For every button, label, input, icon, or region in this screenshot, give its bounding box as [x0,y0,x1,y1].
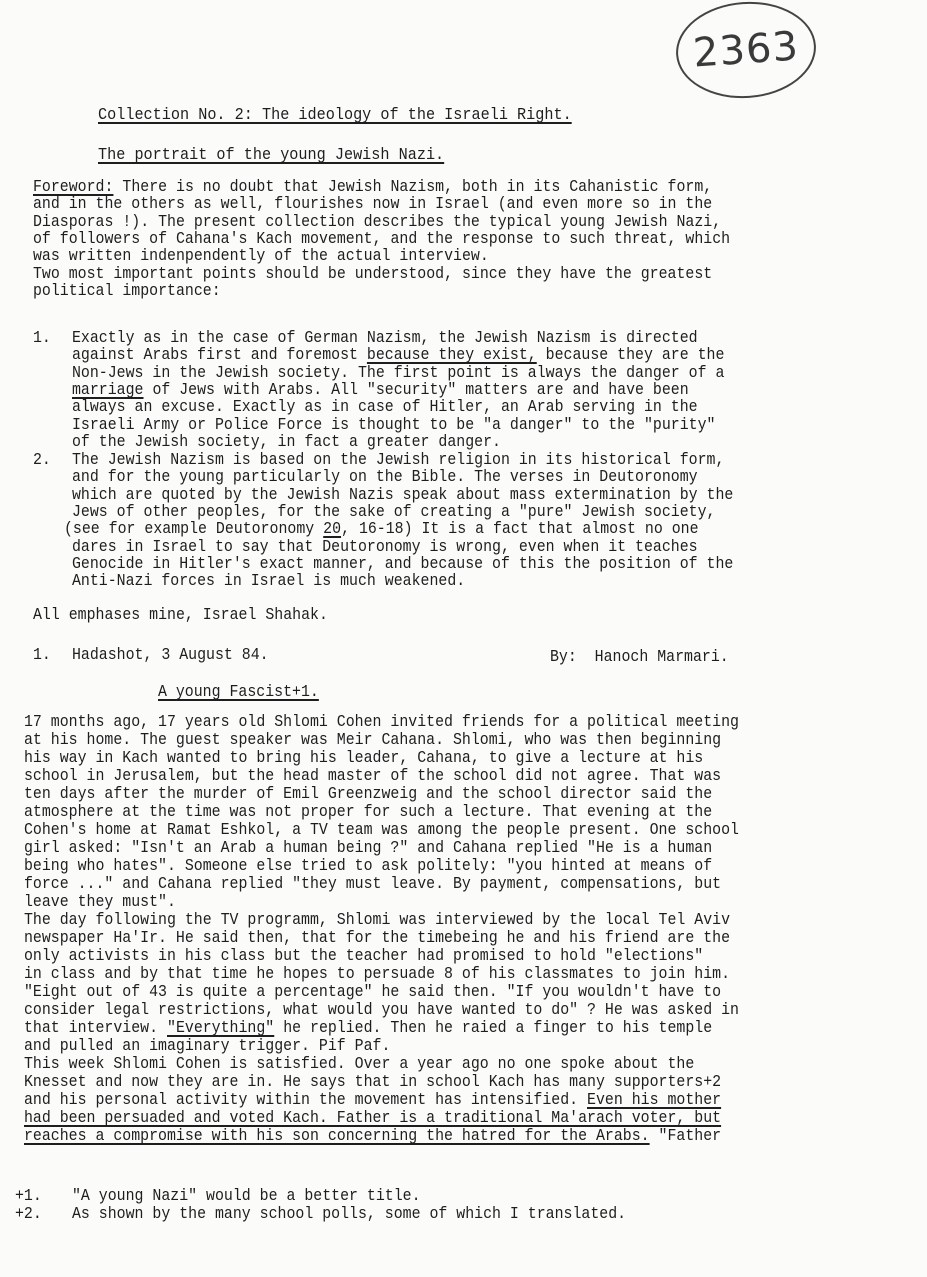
body-line: atmosphere at the time was not proper fo… [24,804,712,821]
body-line: newspaper Ha'Ir. He said then, that for … [24,930,730,947]
body-line: had been persuaded and voted Kach. Fathe… [24,1110,721,1127]
body-line: 17 months ago, 17 years old Shlomi Cohen… [24,714,739,731]
body-line: leave they must". [24,894,176,911]
footnote-text: As shown by the many school polls, some … [72,1206,626,1223]
collection-title: Collection No. 2: The ideology of the Is… [98,106,572,123]
point-line: against Arabs first and foremost because… [72,347,724,364]
body-line: girl asked: "Isn't an Arab a human being… [24,840,712,857]
footnote-text: "A young Nazi" would be a better title. [72,1188,421,1205]
source-publication: Hadashot, 3 August 84. [72,647,269,664]
point-line: dares in Israel to say that Deutoronomy … [72,539,698,556]
point-line: Jews of other peoples, for the sake of c… [72,504,715,521]
point-line: Exactly as in the case of German Nazism,… [72,330,698,347]
footnote-marker: +1. [15,1188,42,1205]
point-line: which are quoted by the Jewish Nazis spe… [72,487,733,504]
point-line: Israeli Army or Police Force is thought … [72,417,715,434]
body-line: at his home. The guest speaker was Meir … [24,732,721,749]
body-line: force ..." and Cahana replied "they must… [24,876,721,893]
footnote-marker: +2. [15,1206,42,1223]
body-line: in class and by that time he hopes to pe… [24,966,730,983]
body-line: reaches a compromise with his son concer… [24,1128,721,1145]
point-line: always an excuse. Exactly as in case of … [72,399,698,416]
body-line: This week Shlomi Cohen is satisfied. Ove… [24,1056,694,1073]
source-byline: By: Hanoch Marmari. [550,649,729,666]
body-line: being who hates". Someone else tried to … [24,858,712,875]
body-line: and his personal activity within the mov… [24,1092,721,1109]
body-line: Cohen's home at Ramat Eshkol, a TV team … [24,822,739,839]
point-line: Non-Jews in the Jewish society. The firs… [72,365,724,382]
body-line: school in Jerusalem, but the head master… [24,768,721,785]
point-line: Genocide in Hitler's exact manner, and b… [72,556,733,573]
body-line: ten days after the murder of Emil Greenz… [24,786,712,803]
body-line: The day following the TV programm, Shlom… [24,912,730,929]
point-line: (see for example Deutoronomy 20, 16-18) … [64,521,699,538]
foreword-line: Foreword: There is no doubt that Jewish … [33,179,712,196]
body-line: his way in Kach wanted to bring his lead… [24,750,703,767]
article-title: A young Fascist+1. [158,684,319,701]
portrait-title: The portrait of the young Jewish Nazi. [98,146,444,163]
body-line: and pulled an imaginary trigger. Pif Paf… [24,1038,390,1055]
foreword-line: Diasporas !). The present collection des… [33,214,721,231]
emphases-note: All emphases mine, Israel Shahak. [33,607,328,624]
foreword-line: Two most important points should be unde… [33,266,712,283]
foreword-line: of followers of Cahana's Kach movement, … [33,231,730,248]
foreword-line: and in the others as well, flourishes no… [33,196,712,213]
foreword-line: was written indenpendently of the actual… [33,248,489,265]
point-line: of the Jewish society, in fact a greater… [72,434,501,451]
point-line: and for the young particularly on the Bi… [72,469,698,486]
body-line: "Eight out of 43 is quite a percentage" … [24,984,721,1001]
foreword-line: political importance: [33,283,221,300]
point-number: 2. [33,452,51,469]
body-line: that interview. "Everything" he replied.… [24,1020,712,1037]
body-line: only activists in his class but the teac… [24,948,703,965]
page-number-stamp: 2363 [673,0,819,103]
point-number: 1. [33,330,51,347]
point-line: Anti-Nazi forces in Israel is much weake… [72,573,465,590]
point-line: The Jewish Nazism is based on the Jewish… [72,452,724,469]
point-line: marriage of Jews with Arabs. All "securi… [72,382,689,399]
body-line: Knesset and now they are in. He says tha… [24,1074,721,1091]
body-line: consider legal restrictions, what would … [24,1002,739,1019]
source-number: 1. [33,647,51,664]
